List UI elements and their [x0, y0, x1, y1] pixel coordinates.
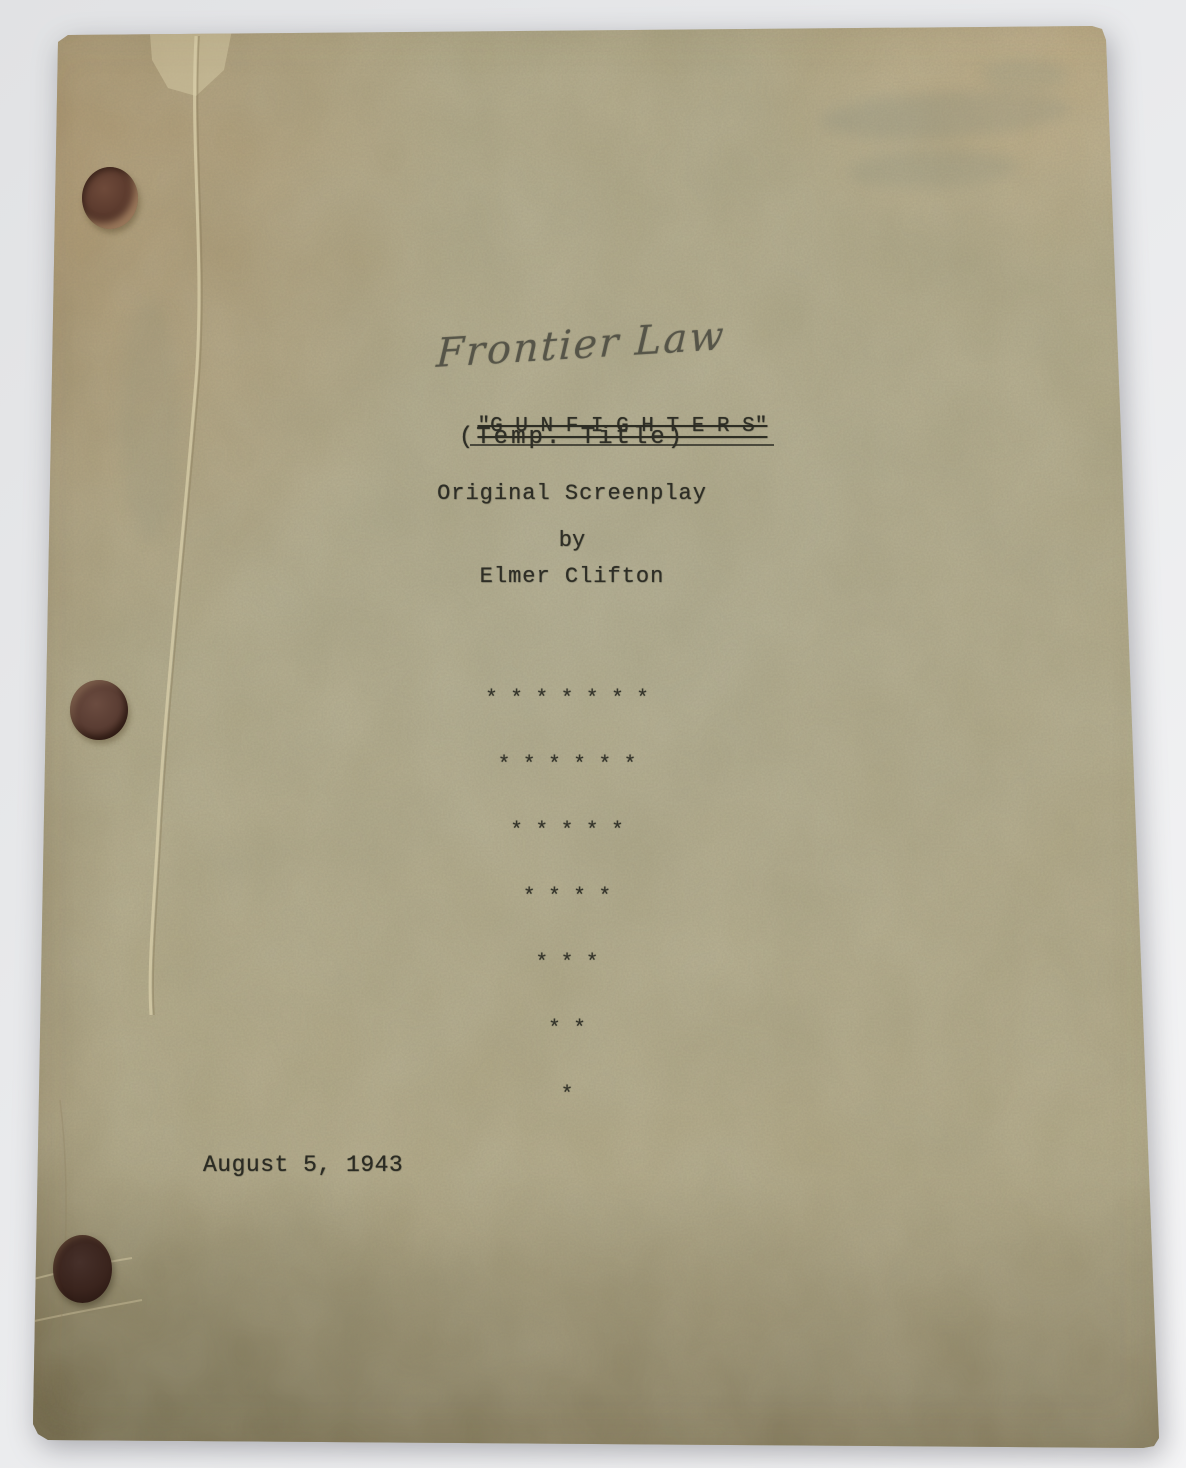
brass-brad-top [82, 167, 138, 229]
asterisk-row: * * * * * [0, 821, 1134, 843]
erased-pencil-smudge [982, 58, 1068, 92]
asterisk-row: * * * * * * * [0, 689, 1134, 711]
date-line: August 5, 1943 [203, 1152, 403, 1178]
temp-title-note: (Temp. Title) [0, 424, 1144, 451]
paper-shadow: Frontier Law "G U N F I G H T E R S" (Te… [0, 0, 1186, 1468]
asterisk-row: * * * * [0, 887, 1134, 909]
author-name: Elmer Clifton [0, 564, 1144, 589]
screenplay-cover: Frontier Law "G U N F I G H T E R S" (Te… [0, 0, 1186, 1468]
photo-backdrop: Frontier Law "G U N F I G H T E R S" (Te… [0, 0, 1186, 1468]
asterisk-row: * * * * * * [0, 755, 1134, 777]
brass-brad-bottom [53, 1235, 112, 1303]
asterisk-row: * * [0, 1019, 1134, 1041]
asterisk-row: * [0, 1085, 1134, 1107]
asterisk-pyramid: * * * * * * * * * * * * * * * * * * * * … [0, 645, 1134, 1151]
byline: by [0, 528, 1144, 553]
asterisk-row: * * * [0, 953, 1134, 975]
work-type-line: Original Screenplay [0, 481, 1144, 506]
